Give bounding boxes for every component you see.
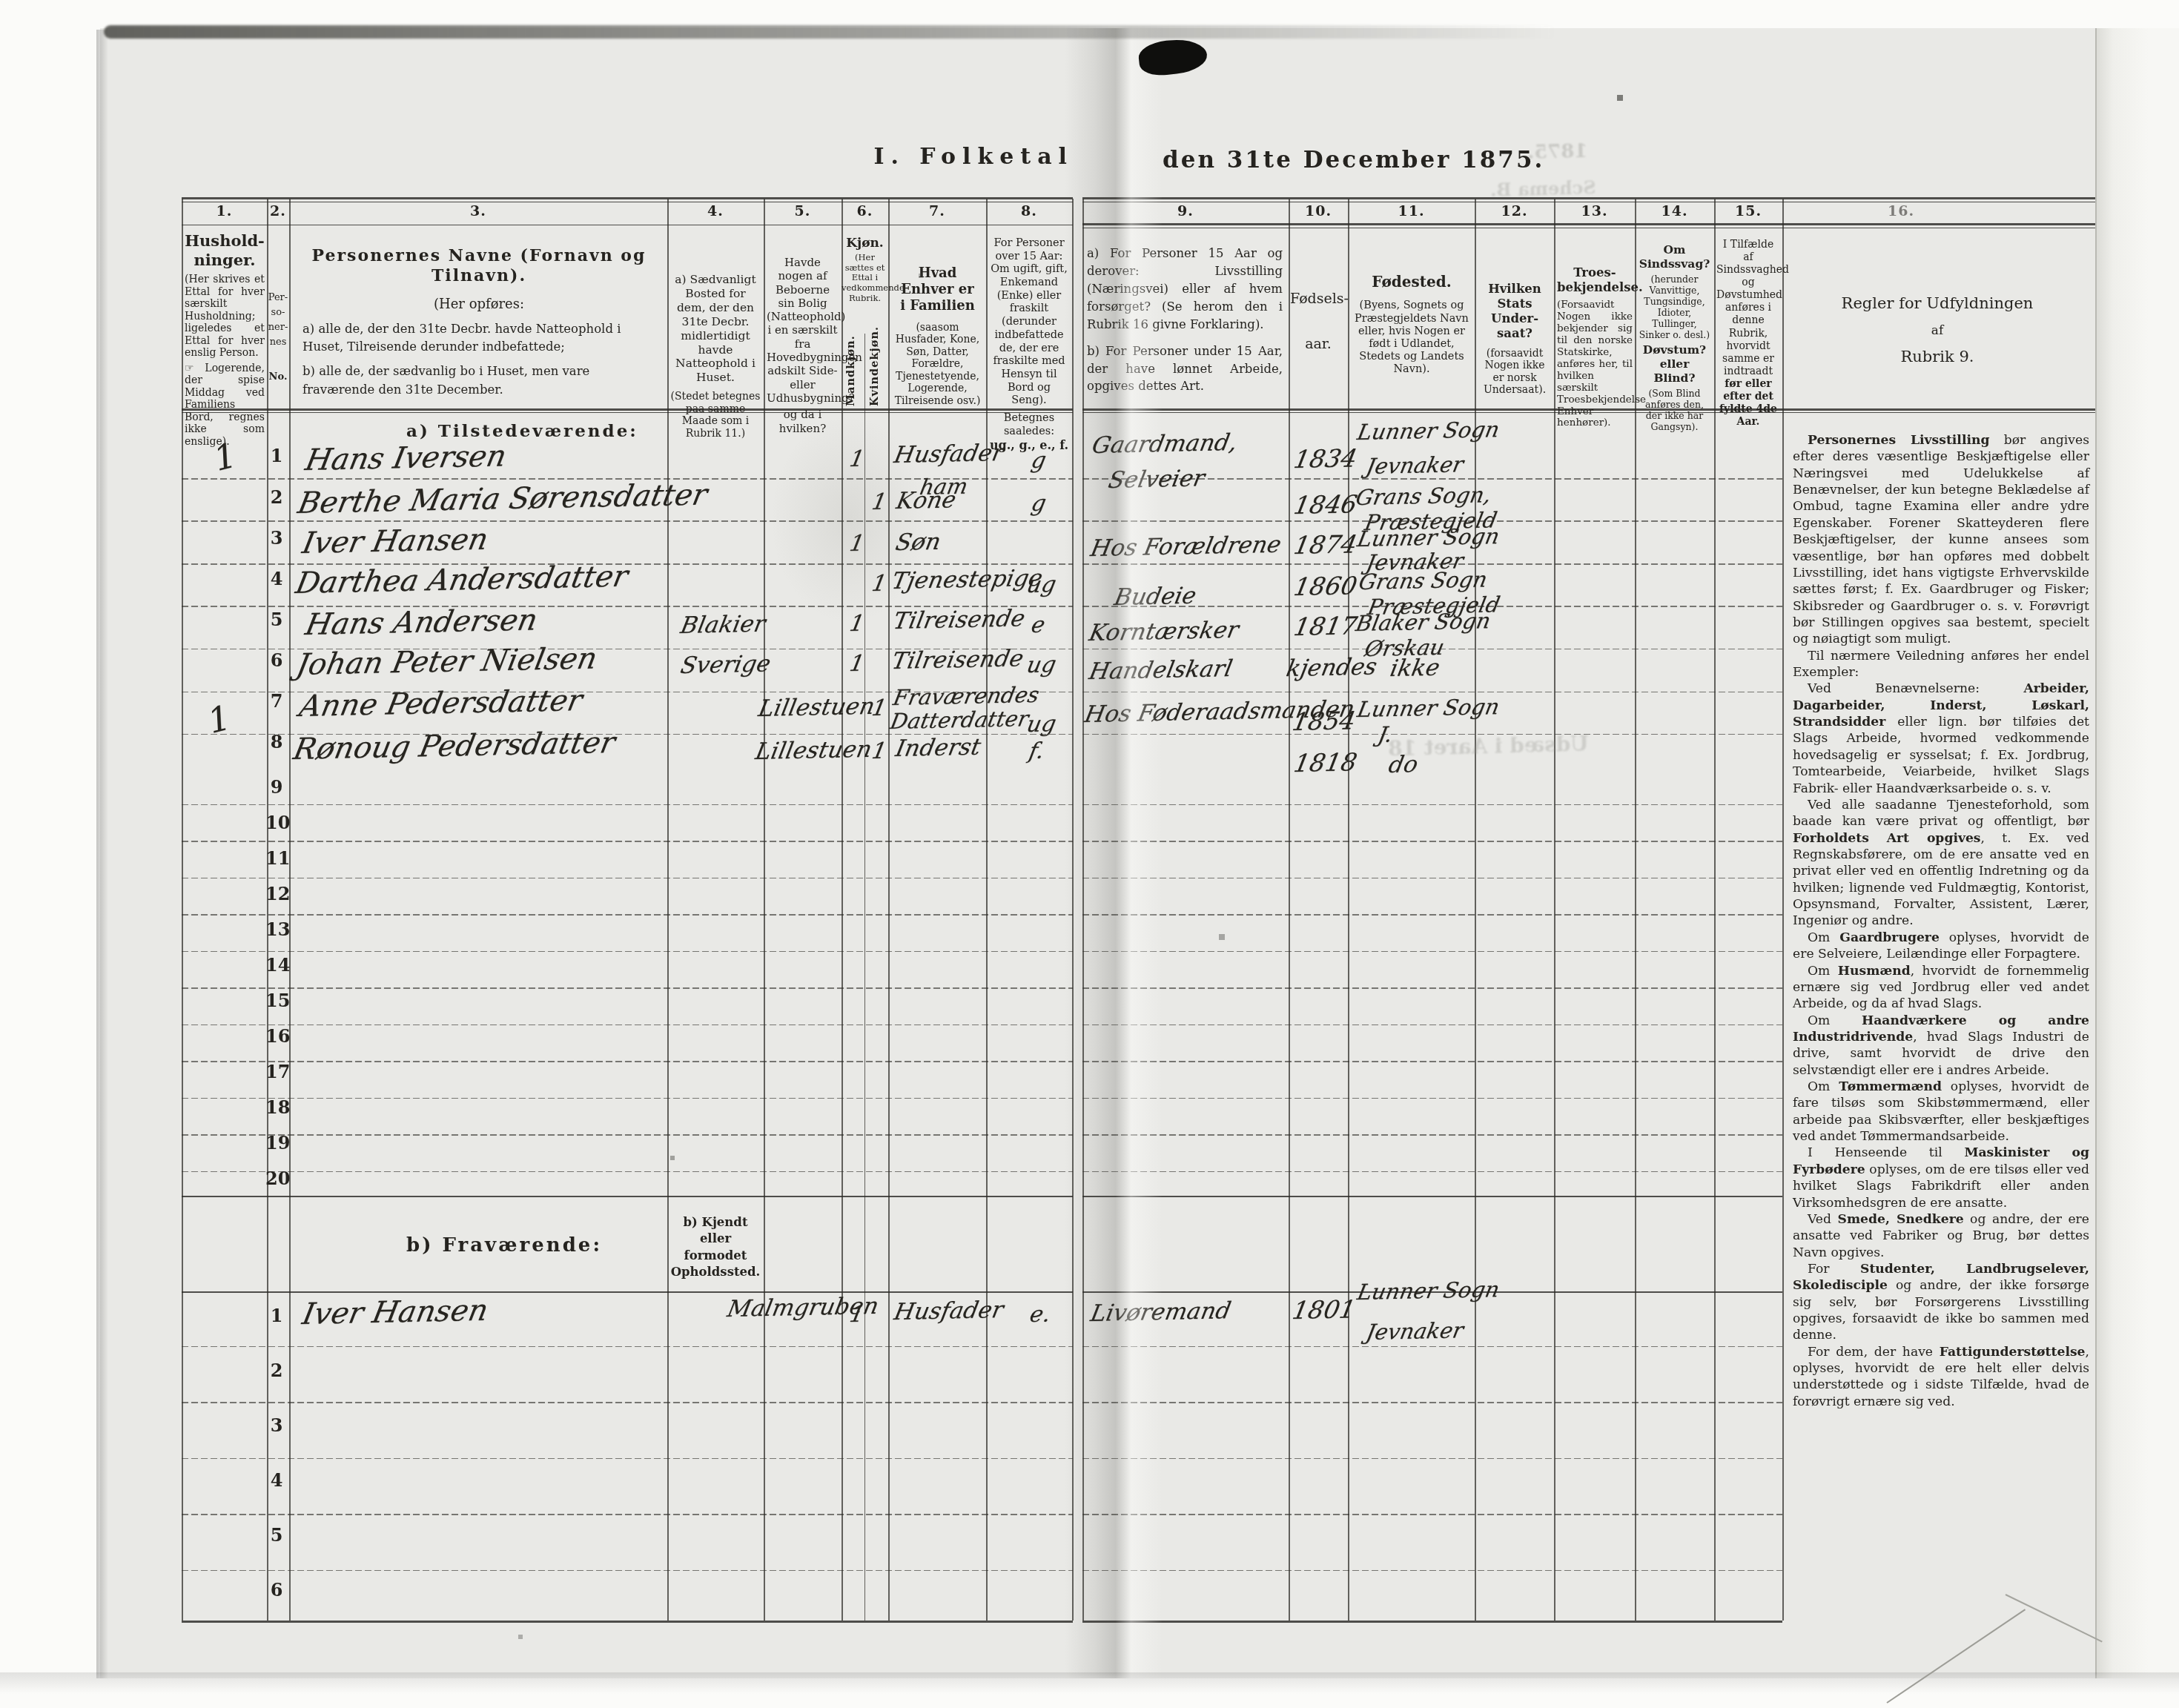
header-female-label: Kvindekjøn. [868,335,881,406]
family-position: Husfader [892,440,1005,469]
header-rules-t2: af [1782,319,2092,342]
column-divider [1714,199,1716,1621]
header-person-no-label: No. [267,370,289,385]
header-person-no-line: nes [267,335,289,350]
header-names-title: Personernes Navne (Fornavn og Tilnavn). [295,246,663,286]
birthplace-line2: Jevnaker [1364,1317,1466,1345]
header-birth-year: Fødsels- aar. [1290,291,1346,353]
header-citizenship: Hvilken Stats Under- saat? (forsaavidt N… [1478,282,1552,397]
rules-text: bør angives efter deres væsentlige Beskj… [1793,433,2089,646]
section-b-note-l1: b) Kjendt eller [669,1214,761,1248]
family-position-line2: Datterdatter [888,706,1031,734]
section-b-note-l2: formodet [669,1248,761,1264]
header-rules: Regler for Udfyldningen af Rubrik 9. [1782,289,2092,372]
row-number: 12 [265,883,288,904]
family-position: Kone [894,486,959,514]
header-birthplace-note: (Byens, Sognets og Præstegjeldets Navn e… [1352,299,1472,376]
column-number-11: 11. [1348,203,1475,219]
rules-paragraph: Om Gaardbrugere oplyses, hvorvidt de ere… [1793,930,2089,963]
outbuilding: Lillestuen [753,736,874,765]
birth-year: 1846 [1292,489,1360,520]
table-rule [182,1196,1073,1197]
header-marital-note: Betegnes saaledes: [988,412,1070,438]
rules-text: For [1808,1262,1860,1277]
section-a-label: a) Tilstedeværende: [406,421,638,441]
rules-text: Om [1808,930,1839,945]
column-divider [1475,199,1476,1621]
header-disability-t2: Sindssvag? [1639,256,1710,271]
rules-bold: Husmænd [1838,964,1911,979]
marital-status: ug [1025,652,1058,678]
column-number-15: 15. [1714,203,1782,219]
row-number: 15 [265,990,288,1011]
rules-paragraph: Til nærmere Veiledning anføres her endel… [1793,648,2089,681]
header-disability-t1: Om [1664,242,1686,256]
header-person-no: Per- so- ner- nes No. [267,291,289,385]
row-number: 11 [265,847,288,869]
family-position: Tilreisende [891,605,1028,635]
header-sex-title: Kjøn. [841,236,888,251]
header-households-title: Hushold- [185,231,265,250]
birth-year: 1817 [1292,611,1360,641]
rules-bold: Fattigunderstøttelse [1940,1345,2086,1360]
header-family-position: Hvad Enhver er i Familien (saasom Husfad… [890,265,985,407]
header-usual-residence-note: (Stedet betegnes paa samme Maade som i R… [670,391,761,440]
header-names-sub: (Her opføres: [295,297,663,313]
row-number: 4 [265,1469,288,1491]
table-rule [182,202,1073,202]
row-number: 5 [265,1524,288,1546]
header-creed: Troes- bekjendelse. (Forsaavidt Nogen ik… [1557,265,1633,429]
row-number: 19 [265,1132,288,1153]
rules-bold: Personernes Livsstilling [1808,433,1989,448]
row-number: 20 [265,1168,288,1189]
person-name: Johan Peter Nielsen [294,642,600,682]
column-divider [267,199,268,1621]
birth-year: kjendes [1284,653,1379,682]
row-lines-blank [182,769,1073,1196]
header-family-note: (saasom Husfader, Kone, Søn, Datter, For… [890,322,985,408]
header-onset-bold: før eller efter det fyldte 4de Aar. [1719,378,1777,428]
column-number-8: 8. [986,203,1072,219]
header-names-item-b: b) alle de, der sædvanlig bo i Huset, me… [302,363,663,400]
column-divider [1348,199,1349,1621]
header-birth-year-line1: Fødsels- [1290,291,1346,308]
rules-bold: Tømmermænd [1839,1079,1942,1094]
rules-paragraph: Om Haandværkere og andre Industridrivend… [1793,1013,2089,1079]
sex-subcolumn-divider [864,334,865,1621]
header-citizenship-note: (forsaavidt Nogen ikke er norsk Undersaa… [1478,348,1552,397]
column-number-10: 10. [1289,203,1348,219]
birthplace: ikke [1388,655,1442,682]
header-disability-onset: I Tilfælde af Sindssvaghed og Døvstumhed… [1716,239,1780,428]
column-number-3: 3. [289,203,667,219]
header-creed-note: (Forsaavidt Nogen ikke bekjender sig til… [1557,299,1633,429]
family-position: Inderst [893,734,983,762]
row-number: 8 [265,731,288,752]
row-number: 10 [265,812,288,833]
header-creed-t1: Troes- [1573,265,1616,279]
birth-year: 1860 [1292,571,1360,601]
rules-text: Til nærmere Veiledning anføres her endel… [1793,649,2089,680]
row-number: 7 [265,690,288,712]
table-rule [1082,202,2095,202]
birthplace: Lunner Sogn [1355,417,1501,445]
column-number-16: 16. [1782,203,2020,219]
birth-year: 1874 [1292,529,1360,560]
header-households-title2: ninger. [194,251,255,269]
column-number-2: 2. [267,203,289,219]
row-number: 18 [265,1096,288,1118]
rules-paragraph: Personernes Livsstilling bør angives eft… [1793,432,2089,648]
header-birthplace-title: Fødested. [1352,273,1472,291]
page-gutter [1065,28,1163,1678]
header-disability-t3: Døvstum? [1643,342,1706,357]
column-divider [182,199,183,1621]
header-sex-note: (Her sættes et Ettal i vedkommende Rubri… [841,253,888,304]
ghost-year-text: 1875. [1527,140,1588,164]
header-sex: Kjøn. (Her sættes et Ettal i vedkommende… [841,236,888,304]
dust-specks [0,0,3,3]
header-disability-t4: eller Blind? [1653,357,1695,385]
row-number: 14 [265,954,288,976]
row-number: 4 [265,568,288,589]
column-divider [1554,199,1555,1621]
row-number: 3 [265,1414,288,1436]
row-number: 9 [265,776,288,798]
column-divider [1289,199,1290,1621]
header-creed-t2: bekjendelse. [1557,280,1643,294]
left-edge-shadow [96,30,108,1678]
torn-page-edge [2095,28,2179,1678]
table-rule [1082,1621,1782,1623]
person-name: Anne Pedersdatter [297,683,585,724]
header-outbuilding-text: Havde nogen af Beboerne sin Bolig (Natte… [767,256,839,405]
table-rule [182,1291,1073,1293]
section-b-note-l3: Opholdssted. [669,1264,761,1280]
rules-paragraph: Ved alle saadanne Tjenesteforhold, som b… [1793,797,2089,930]
family-position: Tilreisende [890,645,1026,675]
header-names: Personernes Navne (Fornavn og Tilnavn). … [295,246,663,400]
section-b-label: b) Fraværende: [406,1234,602,1257]
birthplace: Blaker Sogn [1354,608,1493,636]
rules-text: I Henseende til [1808,1145,1964,1160]
table-rule [182,197,1073,199]
birth-year: 1801 [1290,1294,1358,1325]
rules-text: Om [1808,1079,1839,1094]
marital-status: ug [1025,711,1058,738]
rules-text: Om [1808,1013,1862,1028]
ghost-schema-text: Schema B. [1490,176,1596,201]
person-name: Iver Hansen [300,523,491,560]
table-rule [1082,228,2095,228]
column-divider [1782,199,1784,1621]
birth-year: 1854 [1290,706,1358,736]
family-position: Tjenestepige [890,565,1045,595]
birthplace: Grans Sogn [1357,566,1489,595]
header-person-no-line: ner- [267,320,289,335]
row-number: 2 [265,1360,288,1381]
column-number-1: 1. [182,203,267,219]
header-onset-text: I Tilfælde af Sindssvaghed og Døvstumhed… [1716,239,1789,377]
row-lines-absent [182,1291,1073,1621]
rules-bold: Smede, Snedkere [1837,1212,1963,1227]
row-number: 3 [265,527,288,549]
usual-residence: Blakier [678,611,767,639]
row-number: 6 [265,1579,288,1601]
column-divider [986,199,988,1621]
header-rules-t1: Regler for Udfyldningen [1782,289,2092,319]
table-rule [1082,223,2095,225]
page-title-left: I. Folketal [756,144,1074,170]
column-divider [667,199,669,1621]
header-usual-residence-text: a) Sædvanligt Bosted for dem, der den 31… [670,273,761,385]
rules-paragraph: I Henseende til Maskinister og Fyrbødere… [1793,1145,2089,1211]
birth-year: 1834 [1292,443,1360,474]
header-disability-note2: (Som Blind anføres den, der ikke har Gan… [1637,388,1712,432]
column-number-4: 4. [667,203,764,219]
marital-status: ug [1025,572,1058,598]
person-name: Rønoug Pedersdatter [291,726,618,767]
rules-paragraph: Om Husmænd, hvorvidt de fornemmelig ernæ… [1793,963,2089,1013]
rules-paragraph: Ved Smede, Snedkere og andre, der ere an… [1793,1211,2089,1261]
header-family-title2: i Familien [900,298,975,314]
rules-column: Personernes Livsstilling bør angives eft… [1793,432,2089,1410]
scanned-census-spread: I. Folketal den 31te December 1875. 1875… [0,0,2179,1708]
rules-text: For dem, der have [1808,1345,1940,1360]
header-citizenship-t2: Stats Under- [1491,297,1538,325]
person-name: Hans Iversen [302,439,509,477]
column-number-6: 6. [841,203,888,219]
column-number-14: 14. [1635,203,1714,219]
header-male-label: Mandkjøn. [844,335,857,406]
header-usual-residence: a) Sædvanligt Bosted for dem, der den 31… [670,273,761,440]
header-birth-year-line2: aar. [1290,336,1346,353]
person-name: Iver Hansen [300,1294,491,1331]
rules-text: Ved alle saadanne Tjenesteforhold, som b… [1793,798,2089,829]
header-person-no-line: so- [267,305,289,320]
header-households: Hushold- ninger. (Her skrives et Ettal f… [185,231,265,448]
row-number: 6 [265,649,288,671]
header-disability: Om Sindssvag? (herunder Vanvittige, Tung… [1637,243,1712,432]
rules-paragraph: For dem, der have Fattigunderstøttelse, … [1793,1344,2089,1410]
row-number: 17 [265,1061,288,1082]
table-rule [182,225,1073,225]
rules-paragraph: Om Tømmermænd oplyses, hvorvidt de fare … [1793,1079,2089,1145]
bottom-edge-shadow [0,1672,2179,1708]
rules-paragraph: Ved Benævnelserne: Arbeider, Dagarbeider… [1793,681,2089,797]
header-citizenship-t3: saat? [1497,326,1532,340]
header-citizenship-t1: Hvilken [1488,282,1541,296]
column-divider [1635,199,1636,1621]
row-number: 13 [265,918,288,940]
birthplace-line2: Jevnaker [1364,451,1466,479]
header-households-note: (Her skrives et Ettal for hver særskilt … [185,274,265,360]
table-rule [182,412,1073,413]
person-name: Darthea Andersdatter [293,560,631,600]
outbuilding: Lillestuen [756,693,877,722]
header-rules-t3: Rubrik 9. [1782,342,2092,372]
column-number-5: 5. [764,203,841,219]
column-divider [764,199,765,1621]
header-marital-status: For Personer over 15 Aar: Om ugift, gift… [988,237,1070,453]
header-family-title: Hvad Enhver er [901,265,974,297]
row-number: 1 [265,445,288,466]
usual-residence: Sverige [678,650,773,679]
row-number: 16 [265,1025,288,1047]
header-person-no-line: Per- [267,291,289,305]
row-number: 5 [265,609,288,630]
page-title-right: den 31te December 1875. [1163,147,1544,173]
header-outbuilding: Havde nogen af Beboerne sin Bolig (Natte… [767,256,839,435]
section-b-note: b) Kjendt eller formodet Opholdssted. [669,1214,761,1280]
birth-year: 1818 [1292,747,1360,778]
rules-text: Om [1808,964,1838,979]
table-rule [1082,1196,1782,1197]
column-number-13: 13. [1554,203,1635,219]
header-birthplace: Fødested. (Byens, Sognets og Præstegjeld… [1352,273,1472,376]
rules-bold: Gaardbrugere [1839,930,1940,945]
header-names-item-a: a) alle de, der den 31te Decbr. havde Na… [302,320,663,357]
column-divider [888,199,890,1621]
row-lines-blank-right [1082,769,1782,1196]
header-outbuilding-text2: og da i hvilken? [767,408,839,435]
person-name: Hans Andersen [302,603,540,642]
table-rule [182,1621,1073,1623]
column-number-7: 7. [888,203,986,219]
birthplace: Lunner Sogn [1355,694,1501,722]
rules-paragraph: For Studenter, Landbrugselever, Skoledis… [1793,1261,2089,1344]
birthplace: Lunner Sogn [1355,1277,1501,1305]
column-divider [841,199,843,1621]
family-position: Husfader [892,1297,1005,1325]
column-number-12: 12. [1475,203,1554,219]
birthplace: Grans Sogn, [1354,482,1493,510]
header-marital-text: For Personer over 15 Aar: Om ugift, gift… [988,237,1070,408]
row-number: 2 [265,486,288,508]
rules-bold: Forholdets Art opgives [1793,831,1981,846]
birthplace: Lunner Sogn [1355,523,1501,552]
table-rule [182,408,1073,411]
row-number: 1 [265,1305,288,1326]
column-divider [289,199,291,1621]
header-households-note2: ☞ Logerende, der spise Middag ved Famili… [185,363,265,448]
rules-text: Ved [1808,1212,1837,1227]
header-disability-note: (herunder Vanvittige, Tungsindige, Idiot… [1637,274,1712,340]
birthplace: do [1386,751,1421,778]
family-position: Søn [893,529,943,556]
rules-text: Ved Benævnelserne: [1808,681,2023,696]
